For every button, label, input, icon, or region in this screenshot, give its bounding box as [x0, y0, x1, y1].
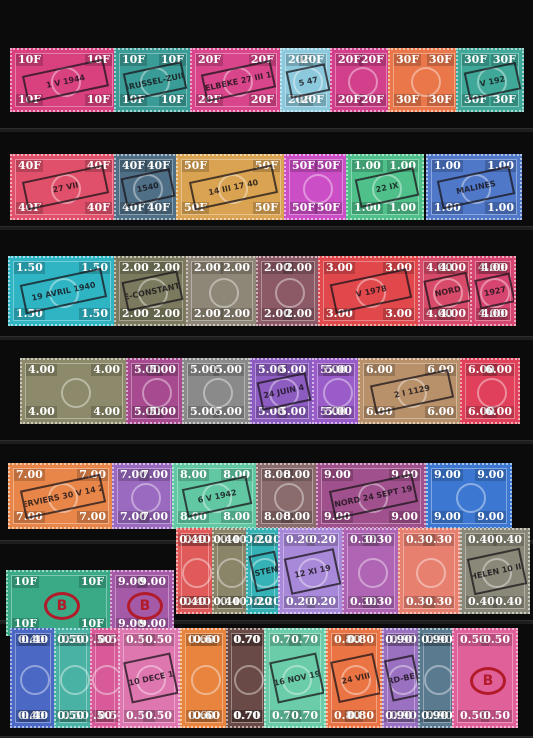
denomination-label: 0.30	[423, 596, 454, 608]
stamp: 8.008.008.008.00	[256, 463, 318, 529]
denomination-label: 0.40	[212, 596, 242, 608]
denomination-label: 5.00	[213, 364, 244, 376]
stamp: 2.002.002.002.00LAPOSTE-CONSTANT 27 X 19	[114, 256, 188, 326]
denomination-label: 9.00	[137, 576, 168, 588]
stamp: 0.800.800.800.8024 VIII	[326, 628, 382, 728]
denomination-label: 0.40	[466, 596, 497, 608]
denomination-label: 20F	[196, 54, 223, 66]
stamp: 0.400.400.400.40	[10, 628, 56, 728]
denomination-label: 2.00	[151, 308, 182, 320]
denomination-label: 0.40	[493, 596, 524, 608]
stamp: 7.007.007.007.00VERVIERS 30 V 14 23	[8, 463, 114, 529]
stamp: 20F20F20F20F5 47	[280, 48, 332, 112]
denomination-label: 0.50	[143, 634, 174, 646]
denomination-label: 0.50	[481, 710, 512, 722]
denomination-label: 0.90	[419, 634, 450, 646]
denomination-label: 0.40	[19, 710, 50, 722]
coat-of-arms-emblem	[411, 67, 441, 97]
stamp: 1.001.001.001.00MALINES	[426, 154, 522, 220]
coat-of-arms-emblem	[142, 378, 172, 408]
denomination-label: 0.40	[493, 534, 524, 546]
denomination-label: 30F	[427, 54, 454, 66]
coat-of-arms-emblem	[477, 378, 507, 408]
stamp: 0.500.500.500.50	[90, 628, 120, 728]
denomination-label: 1.00	[432, 160, 463, 172]
denomination-label: 2.00	[192, 308, 223, 320]
denomination-label: 6.00	[483, 406, 514, 418]
denomination-label: 0.20	[307, 596, 338, 608]
stamp: 0.400.400.400.40	[212, 528, 248, 614]
denomination-label: 4.00	[26, 406, 57, 418]
stamp: 50F50F50F50F	[284, 154, 348, 220]
stamp: 3.003.003.003.00V 1978	[318, 256, 420, 326]
denomination-label: 0.50	[55, 634, 86, 646]
denomination-label: 9.00	[475, 469, 506, 481]
denomination-label: 0.40	[212, 534, 242, 546]
denomination-label: 0.70	[231, 710, 262, 722]
stamp: 9.009.009.009.00	[426, 463, 512, 529]
denomination-label: 5.00	[323, 364, 354, 376]
stamp: 8.008.008.008.006 V 1942	[172, 463, 258, 529]
denomination-label: 0.50	[55, 710, 86, 722]
stamp: 0.900.900.900.90NORD-BELGE	[382, 628, 420, 728]
denomination-label: 0.80	[345, 710, 376, 722]
coat-of-arms-emblem	[456, 483, 486, 513]
denomination-label: 2.00	[120, 262, 151, 274]
stamp: 4.004.004.004.001927	[470, 256, 516, 326]
denomination-label: 6.00	[483, 364, 514, 376]
postmark-cancel: 24 VIII	[330, 653, 381, 704]
denomination-label: 0.20	[246, 534, 274, 546]
stamp: 20F20F20F20FHARELBEKE 27 III 19 26	[190, 48, 282, 112]
denomination-label: 5.00	[147, 406, 178, 418]
denomination-label: 0.40	[177, 596, 208, 608]
denomination-label: 9.00	[475, 511, 506, 523]
denomination-label: 2.00	[221, 308, 252, 320]
stamp: 4.004.004.004.00NORD	[418, 256, 474, 326]
coat-of-arms-emblem	[424, 665, 454, 695]
denomination-label: 10F	[85, 94, 112, 106]
stamp: 5.005.005.005.0024 JUIN 4	[250, 358, 314, 424]
stamp: 0.700.700.700.70	[226, 628, 268, 728]
denomination-label: 4.00	[91, 364, 122, 376]
denomination-label: 40F	[120, 160, 147, 172]
denomination-label: 0.50	[90, 634, 114, 646]
stamp: 5.005.005.005.00	[312, 358, 360, 424]
b-overprint: B	[470, 667, 506, 695]
denomination-label: 10F	[16, 54, 43, 66]
stamp: 0.200.200.200.20OOSTENDE	[246, 528, 280, 614]
stamp: 50F50F50F50F14 III 17 40	[176, 154, 286, 220]
stamp: 30F30F30F30F	[388, 48, 460, 112]
denomination-label: 50F	[290, 202, 317, 214]
denomination-label: 0.50	[143, 710, 174, 722]
denomination-label: 5.00	[147, 364, 178, 376]
denomination-label: 30F	[462, 54, 489, 66]
denomination-label: 0.90	[383, 710, 414, 722]
denomination-label: 2.00	[221, 262, 252, 274]
stamp: 0.500.500.500.50	[54, 628, 92, 728]
denomination-label: 10F	[120, 54, 147, 66]
stamp: 9.009.009.009.00B	[110, 570, 174, 636]
denomination-label: 30F	[394, 94, 421, 106]
denomination-label: 0.20	[307, 534, 338, 546]
stamp: 5.005.005.005.00	[182, 358, 250, 424]
stamp: 0.300.300.300.30	[342, 528, 400, 614]
denomination-label: 0.70	[231, 634, 262, 646]
denomination-label: 20F	[249, 94, 276, 106]
stamp: 1.501.501.501.5019 AVRIL 1940	[8, 256, 116, 326]
stock-strip	[0, 226, 533, 230]
denomination-label: 0.30	[363, 596, 394, 608]
denomination-label: 30F	[394, 54, 421, 66]
denomination-label: 4.00	[479, 262, 510, 274]
denomination-label: 4.00	[91, 406, 122, 418]
stamp: 0.300.300.300.30	[398, 528, 460, 614]
coat-of-arms-emblem	[182, 558, 212, 588]
denomination-label: 40F	[16, 160, 43, 172]
stamp: 2.002.002.002.00	[256, 256, 320, 326]
denomination-label: 40F	[85, 202, 112, 214]
stamp: 9.009.009.009.00NORD 24 SEPT 19	[316, 463, 426, 529]
denomination-label: 0.40	[177, 534, 208, 546]
denomination-label: 9.00	[432, 511, 463, 523]
denomination-label: 4.00	[437, 308, 468, 320]
denomination-label: 7.00	[77, 511, 108, 523]
denomination-label: 0.60	[191, 634, 222, 646]
coat-of-arms-emblem	[234, 665, 264, 695]
coat-of-arms-emblem	[61, 378, 91, 408]
coat-of-arms-emblem	[303, 174, 333, 204]
coat-of-arms-emblem	[191, 665, 221, 695]
stock-strip	[0, 128, 533, 132]
stock-strip	[0, 336, 533, 340]
denomination-label: 4.00	[26, 364, 57, 376]
stamp: 10F10F10F10F1 V 1944	[10, 48, 118, 112]
coat-of-arms-emblem	[60, 665, 90, 695]
denomination-label: 0.50	[481, 634, 512, 646]
stamp: 0.600.600.600.60	[180, 628, 228, 728]
coat-of-arms-emblem	[92, 665, 120, 695]
denomination-label: 50F	[253, 202, 280, 214]
coat-of-arms-emblem	[217, 558, 247, 588]
stamp: 20F20F20F20F	[330, 48, 392, 112]
denomination-label: 9.00	[432, 469, 463, 481]
denomination-label: 4.00	[479, 308, 510, 320]
coat-of-arms-emblem	[348, 67, 378, 97]
denomination-label: 50F	[290, 160, 317, 172]
denomination-label: 1.00	[485, 202, 516, 214]
denomination-label: 6.00	[425, 406, 456, 418]
coat-of-arms-emblem	[209, 278, 239, 308]
denomination-label: 0.60	[191, 710, 222, 722]
denomination-label: 9.00	[389, 511, 420, 523]
stamp: 2.002.002.002.00	[186, 256, 258, 326]
coat-of-arms-emblem	[358, 558, 388, 588]
denomination-label: 6.00	[364, 364, 395, 376]
stamp: 10F10F10F10FB	[6, 570, 112, 636]
stamp: 0.900.900.900.90	[418, 628, 456, 728]
denomination-label: 3.00	[324, 262, 355, 274]
stamp: 4.004.004.004.00	[20, 358, 128, 424]
denomination-label: 9.00	[322, 469, 353, 481]
denomination-label: 7.00	[139, 469, 170, 481]
stamp: 0.500.500.500.5010 DECE 1	[118, 628, 180, 728]
stamp: 40F40F40F40F27 VII	[10, 154, 118, 220]
denomination-label: 50F	[182, 160, 209, 172]
denomination-label: 0.40	[466, 534, 497, 546]
denomination-label: 2.00	[192, 262, 223, 274]
denomination-label: 0.80	[345, 634, 376, 646]
coat-of-arms-emblem	[203, 378, 233, 408]
stock-strip	[0, 440, 533, 444]
coat-of-arms-emblem	[20, 665, 50, 695]
denomination-label: 2.00	[283, 262, 314, 274]
denomination-label: 0.30	[363, 534, 394, 546]
denomination-label: 10F	[79, 576, 106, 588]
denomination-label: 0.50	[90, 710, 114, 722]
stamp: 5.005.005.005.00	[126, 358, 184, 424]
stamp: 1.001.001.001.0022 IX	[346, 154, 424, 220]
stamp: 6.006.006.006.00	[460, 358, 520, 424]
denomination-label: 0.90	[383, 634, 414, 646]
stamp: 0.400.400.400.40	[176, 528, 214, 614]
denomination-label: 50F	[315, 160, 342, 172]
denomination-label: 1.50	[79, 308, 110, 320]
denomination-label: 10F	[12, 576, 39, 588]
denomination-label: 8.00	[221, 511, 252, 523]
denomination-label: 20F	[359, 54, 386, 66]
denomination-label: 0.20	[246, 596, 274, 608]
denomination-label: 10F	[159, 94, 186, 106]
coat-of-arms-emblem	[416, 558, 446, 588]
denomination-label: 1.00	[387, 202, 418, 214]
coat-of-arms-emblem	[131, 483, 161, 513]
stamp: 30F30F30F30FV 192	[456, 48, 524, 112]
stamp: 0.200.200.200.2012 XI 19	[278, 528, 344, 614]
stamp: 0.500.500.500.50B	[452, 628, 518, 728]
coat-of-arms-emblem	[323, 378, 353, 408]
b-overprint: B	[44, 592, 80, 620]
denomination-label: 1.50	[14, 262, 45, 274]
coat-of-arms-emblem	[274, 483, 304, 513]
denomination-label: 2.00	[283, 308, 314, 320]
coat-of-arms-emblem	[275, 278, 305, 308]
denomination-label: 7.00	[14, 469, 45, 481]
stamp: 0.400.400.400.40ECHELEN 10 II 19	[460, 528, 530, 614]
stamp: 6.006.006.006.002 I 1129	[358, 358, 462, 424]
stamp: 7.007.007.007.00	[112, 463, 176, 529]
stamp: 40F40F40F40F1540	[114, 154, 178, 220]
stamp: 10F10F10F10FBRUSSEL-ZUID	[114, 48, 192, 112]
denomination-label: 8.00	[281, 469, 312, 481]
denomination-label: 8.00	[178, 469, 209, 481]
denomination-label: 0.30	[423, 534, 454, 546]
b-overprint: B	[127, 592, 163, 620]
denomination-label: 0.70	[289, 710, 320, 722]
denomination-label: 0.70	[289, 634, 320, 646]
denomination-label: 0.90	[419, 710, 450, 722]
stamp: 0.700.700.700.7016 NOV 19	[264, 628, 326, 728]
denomination-label: 3.00	[383, 308, 414, 320]
denomination-label: 1.00	[352, 160, 383, 172]
denomination-label: 0.40	[19, 634, 50, 646]
